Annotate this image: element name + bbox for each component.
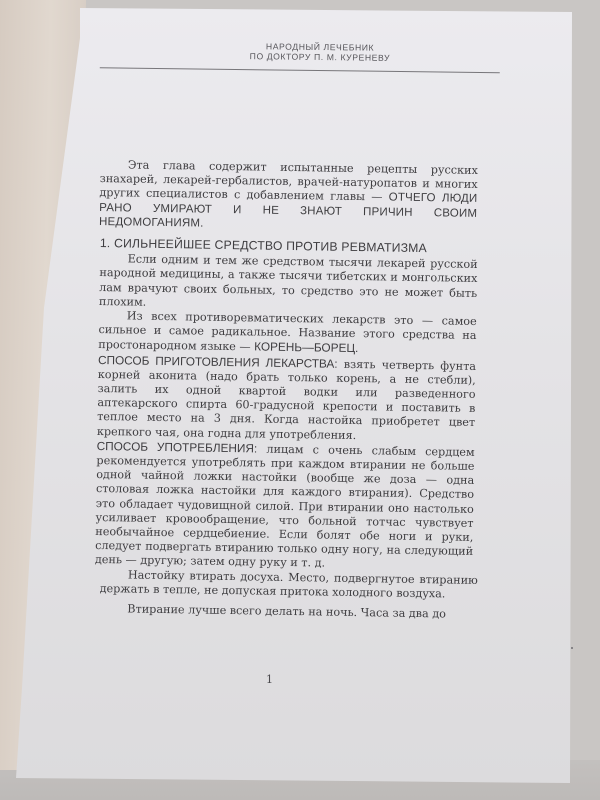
night-paragraph: Втирание лучше всего делать на ночь. Час… [99, 602, 477, 622]
page-number: 1 [266, 673, 273, 686]
closing-paragraphs: Настойку втирать досуха. Место, подвергн… [99, 568, 478, 629]
section-paragraph-2: Из всех противоревматических лекарств эт… [98, 309, 477, 359]
usage-label: СПОСОБ УПОТРЕБЛЕНИЯ: [97, 439, 258, 456]
chapter-intro: Эта глава содержит испытанные рецепты ру… [99, 158, 478, 235]
paper-speck [571, 647, 573, 649]
preparation-text: взять четверть фунта корней аконита (над… [97, 357, 476, 441]
usage-paragraph: СПОСОБ УПОТРЕБЛЕНИЯ: лицам с очень слабы… [95, 439, 475, 574]
remedy-name: КОРЕНЬ—БОРЕЦ. [254, 340, 358, 356]
section-rheumatism: 1. СИЛЬНЕЕЙШЕЕ СРЕДСТВО ПРОТИВ РЕВМАТИЗМ… [95, 236, 478, 574]
section-paragraph-1: Если одним и тем же средством тысячи лек… [99, 252, 478, 315]
running-header: НАРОДНЫЙ ЛЕЧЕБНИК ПО ДОКТОРУ П. М. КУРЕН… [150, 40, 490, 64]
rubbing-paragraph: Настойку втирать досуха. Место, подвергн… [100, 568, 478, 602]
usage-text: лицам с очень слабым сердцем рекомендует… [95, 442, 475, 570]
preparation-paragraph: СПОСОБ ПРИГОТОВЛЕНИЯ ЛЕКАРСТВА: взять че… [97, 353, 476, 445]
